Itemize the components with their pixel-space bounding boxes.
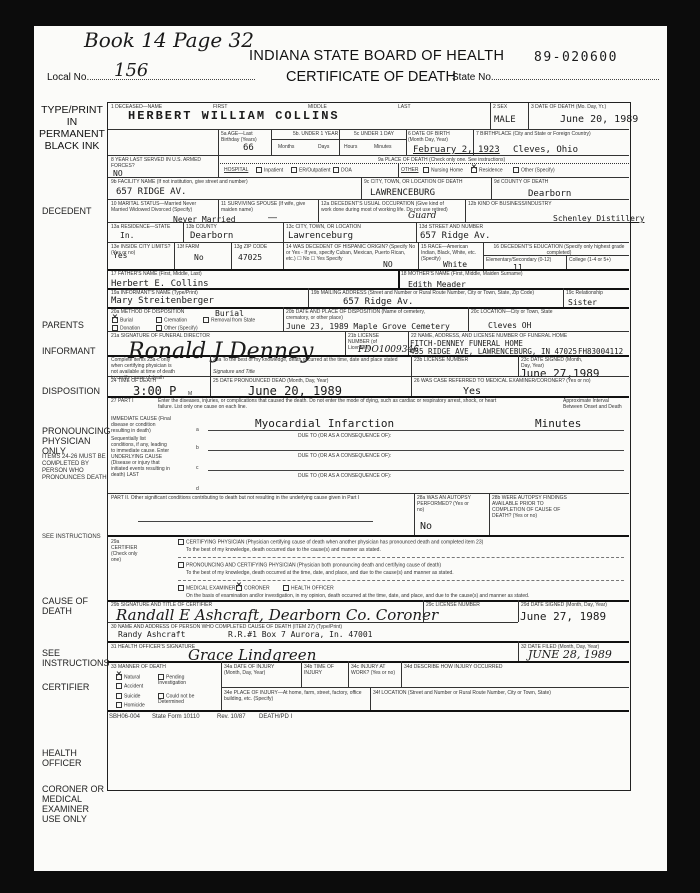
race-value: White bbox=[443, 260, 467, 269]
manner-option-pending[interactable]: Pending Investigation bbox=[158, 674, 203, 686]
state-no-label: State No. bbox=[452, 72, 494, 83]
residence-state-label: 13a RESIDENCE—STATE bbox=[111, 224, 170, 230]
checkbox-icon bbox=[513, 167, 519, 173]
pronouncing-section-label: PRONOUNCING PHYSICIAN ONLY bbox=[42, 426, 112, 456]
checkbox-icon bbox=[156, 317, 162, 323]
other-option-residence[interactable]: Residence bbox=[471, 167, 503, 173]
line-c-letter: c bbox=[196, 465, 199, 471]
line-a-letter: a bbox=[196, 427, 199, 433]
checkbox-icon bbox=[116, 683, 122, 689]
items-24-26-note: ITEMS 24-26 MUST BE COMPLETED BY PERSON … bbox=[42, 454, 108, 482]
footer-form-code: SBH06-004 bbox=[109, 714, 140, 721]
checkbox-checked-icon bbox=[236, 585, 242, 591]
days-label: Days bbox=[318, 144, 329, 150]
last-label: LAST bbox=[398, 104, 411, 110]
residence-street-value: 657 Ridge Av. bbox=[420, 231, 490, 241]
certificate-page: Book 14 Page 32 INDIANA STATE BOARD OF H… bbox=[34, 26, 667, 871]
certifier-option-health-officer[interactable]: HEALTH OFFICER bbox=[283, 585, 334, 591]
checkbox-icon bbox=[291, 167, 297, 173]
see-instructions-label-1: SEE INSTRUCTIONS bbox=[42, 534, 101, 541]
manner-option-suicide[interactable]: Suicide bbox=[116, 693, 140, 699]
city-of-death-label: 9c CITY, TOWN, OR LOCATION OF DEATH bbox=[364, 179, 462, 185]
informant-name-value: Mary Streitenberger bbox=[111, 296, 214, 306]
checkbox-icon bbox=[158, 693, 164, 699]
hospital-option-er[interactable]: ER/Outpatient bbox=[291, 167, 330, 173]
residence-state-value: In. bbox=[120, 231, 134, 240]
checkbox-checked-icon bbox=[112, 317, 118, 323]
decedent-section-label: DECEDENT bbox=[42, 206, 92, 216]
checkbox-icon bbox=[178, 539, 184, 545]
mother-name-label: 18 MOTHER'S NAME (First, Middle, Maiden … bbox=[401, 271, 523, 277]
business-label: 12b KIND OF BUSINESS/INDUSTRY bbox=[468, 201, 552, 207]
manner-option-homicide[interactable]: Homicide bbox=[116, 702, 145, 708]
relationship-value: Sister bbox=[568, 298, 597, 307]
date-filed-value: JUNE 28, 1989 bbox=[528, 648, 612, 661]
hospital-option-inpatient[interactable]: Inpatient bbox=[256, 167, 283, 173]
education-college-label: College (1-4 or 5+) bbox=[569, 257, 611, 263]
autopsy-performed-value: No bbox=[420, 521, 432, 532]
checkbox-checked-icon bbox=[471, 167, 477, 173]
dob-value: February 2, 1923 bbox=[413, 145, 500, 155]
surviving-spouse-value: — bbox=[268, 212, 277, 222]
certifier-option-pronouncing-physician[interactable]: PRONOUNCING AND CERTIFYING PHYSICIAN (Ph… bbox=[178, 562, 441, 568]
disposition-option-cremation[interactable]: Cremation bbox=[156, 317, 187, 323]
checkbox-checked-icon bbox=[116, 674, 122, 680]
manner-option-natural[interactable]: Natural bbox=[116, 674, 140, 680]
relationship-label: 19c Relationship bbox=[566, 290, 603, 296]
parents-section-label: PARENTS bbox=[42, 320, 84, 330]
facility-value: 657 RIDGE AV. bbox=[116, 187, 186, 197]
disposition-section-label: DISPOSITION bbox=[42, 386, 100, 396]
due-to-label-b: DUE TO (OR AS A CONSEQUENCE OF): bbox=[298, 453, 391, 459]
footer-code: DEATH/PD I bbox=[259, 714, 292, 721]
zip-label: 13g ZIP CODE bbox=[234, 244, 267, 250]
disposition-method-label: 20a METHOD OF DISPOSITION bbox=[111, 309, 184, 315]
father-name-label: 17 FATHER'S NAME (First, Middle, Last) bbox=[111, 271, 202, 277]
checkbox-icon bbox=[283, 585, 289, 591]
checkbox-icon bbox=[158, 674, 164, 680]
manner-of-death-label: 33 MANNER OF DEATH bbox=[111, 664, 166, 670]
sex-value: MALE bbox=[494, 115, 516, 125]
surviving-spouse-label: 11 SURVIVING SPOUSE (If wife, give maide… bbox=[221, 201, 311, 213]
see-instructions-label-2: SEE INSTRUCTIONS bbox=[42, 648, 102, 668]
line-b-letter: b bbox=[196, 445, 199, 451]
pronouncing-signature-label: Signature and Title bbox=[213, 369, 255, 375]
decedent-name-value: HERBERT WILLIAM COLLINS bbox=[128, 109, 340, 123]
checkbox-icon bbox=[116, 702, 122, 708]
certifier-option2-text: To the best of my knowledge, death occur… bbox=[186, 570, 454, 576]
local-no-value: 156 bbox=[114, 60, 148, 81]
under-1-year-label: 5b. UNDER 1 YEAR bbox=[293, 131, 338, 137]
part2-label: PART II. Other significant conditions co… bbox=[111, 495, 359, 501]
hours-label: Hours bbox=[344, 144, 357, 150]
months-label: Months bbox=[278, 144, 294, 150]
state-no-value: 89-020600 bbox=[534, 50, 618, 65]
other-option-other[interactable]: Other (Specify) bbox=[513, 167, 555, 173]
occupation-value: Guard bbox=[408, 211, 436, 221]
checkbox-icon bbox=[178, 562, 184, 568]
immediate-cause-label: IMMEDIATE CAUSE (Final disease or condit… bbox=[111, 416, 171, 434]
state-no-line bbox=[494, 79, 659, 80]
checkbox-icon bbox=[203, 317, 209, 323]
part1-instructions: Enter the diseases, injuries, or complic… bbox=[158, 398, 498, 410]
residence-county-label: 13b COUNTY bbox=[186, 224, 217, 230]
residence-city-value: Lawrenceburg bbox=[288, 231, 353, 241]
certifier-license-label: 29c LICENSE NUMBER bbox=[426, 602, 480, 608]
line-d-letter: d bbox=[196, 486, 199, 492]
certifier-date-label: 29d DATE SIGNED (Month, Day, Year) bbox=[521, 602, 607, 608]
checkbox-icon bbox=[178, 585, 184, 591]
farm-value: No bbox=[194, 253, 204, 262]
local-no-label: Local No. bbox=[47, 72, 89, 83]
health-officer-section-label: HEALTH OFFICER bbox=[42, 748, 92, 768]
dob-label: 6 DATE OF BIRTH (Month Day, Year) bbox=[408, 131, 466, 143]
autopsy-findings-label: 28b WERE AUTOPSY FINDINGS AVAILABLE PRIO… bbox=[492, 495, 577, 519]
manner-option-undetermined[interactable]: Could not be Determined bbox=[158, 693, 203, 705]
certifier-date-value: June 27, 1989 bbox=[520, 610, 606, 623]
pronouncing-license-label: 23b LICENSE NUMBER bbox=[414, 357, 468, 363]
cause-of-death-section-label: CAUSE OF DEATH bbox=[42, 596, 92, 616]
hispanic-origin-value: NO bbox=[383, 260, 393, 269]
certifier-section-label: CERTIFIER bbox=[42, 682, 89, 692]
informant-section-label: INFORMANT bbox=[42, 346, 96, 356]
informant-address-label: 19b MAILING ADDRESS (Street and Number o… bbox=[311, 290, 534, 296]
date-of-death-label: 3 DATE OF DEATH (Mo. Day, Yr.) bbox=[531, 104, 606, 110]
age-label: 5a AGE—Last Birthday (Years) bbox=[221, 131, 271, 143]
manner-option-accident[interactable]: Accident bbox=[116, 683, 143, 689]
date-of-death-value: June 20, 1989 bbox=[560, 114, 638, 125]
disposition-location-value: Cleves OH bbox=[488, 321, 531, 330]
disposition-location-label: 20c LOCATION—City or Town, State bbox=[471, 309, 553, 315]
city-of-death-value: LAWRENCEBURG bbox=[370, 188, 435, 198]
cause-line-a-interval: Minutes bbox=[535, 417, 581, 430]
minutes-label: Minutes bbox=[374, 144, 392, 150]
cause-line-a-value: Myocardial Infarction bbox=[255, 417, 394, 430]
referred-to-coroner-label: 26 WAS CASE REFERRED TO MEDICAL EXAMINER… bbox=[414, 378, 614, 384]
inside-city-value: Yes bbox=[113, 251, 127, 260]
part1-label: 27 PART I bbox=[111, 398, 134, 404]
footer-state-form: State Form 10110 bbox=[152, 714, 200, 721]
disposition-option-burial[interactable]: Burial bbox=[112, 317, 133, 323]
sequential-causes-label: Sequentially list conditions, if any, le… bbox=[111, 436, 171, 478]
certifier-option-certifying-physician[interactable]: CERTIFYING PHYSICIAN (Physician certifyi… bbox=[178, 539, 483, 545]
certifier-option-coroner[interactable]: CORONER bbox=[236, 585, 270, 591]
checkbox-icon bbox=[256, 167, 262, 173]
county-of-death-label: 9d COUNTY OF DEATH bbox=[494, 179, 548, 185]
birthplace-value: Cleves, Ohio bbox=[513, 145, 578, 155]
county-of-death-value: Dearborn bbox=[528, 189, 571, 199]
disposition-place-value: June 23, 1989 Maple Grove Cemetery bbox=[286, 322, 450, 331]
due-to-label-a: DUE TO (OR AS A CONSEQUENCE OF): bbox=[298, 433, 391, 439]
marital-status-label: 10 MARITAL STATUS—Married Never Married … bbox=[111, 201, 211, 213]
injury-time-label: 34b TIME OF INJURY bbox=[304, 664, 344, 676]
informant-address-value: 657 Ridge Av. bbox=[343, 297, 413, 307]
checkbox-icon bbox=[333, 167, 339, 173]
other-label: OTHER bbox=[401, 167, 419, 173]
injury-at-work-label: 34c INJURY AT WORK? (Yes or no) bbox=[351, 664, 401, 676]
autopsy-performed-label: 28a WAS AN AUTOPSY PERFORMED? (Yes or no… bbox=[417, 495, 477, 513]
completer-address: R.R.#1 Box 7 Aurora, In. 47001 bbox=[228, 630, 373, 639]
zip-value: 47025 bbox=[238, 253, 262, 262]
footer-rev: Rev. 10/87 bbox=[217, 714, 246, 721]
health-officer-signature-label: 31 HEALTH OFFICER'S SIGNATURE bbox=[111, 644, 195, 650]
under-1-day-label: 5c UNDER 1 DAY bbox=[354, 131, 394, 137]
hospital-option-doa[interactable]: DOA bbox=[333, 167, 352, 173]
hispanic-origin-label: 14 WAS DECEDENT OF HISPANIC ORIGIN? (Spe… bbox=[286, 244, 416, 262]
book-page-note: Book 14 Page 32 bbox=[84, 28, 254, 52]
interval-label: Approximate Interval Between Onset and D… bbox=[563, 398, 623, 410]
facility-label: 9b FACILITY NAME (If not institution, gi… bbox=[111, 179, 248, 185]
coroner-section-label: CORONER OR MEDICAL EXAMINER USE ONLY bbox=[42, 784, 108, 824]
hospital-label: HOSPITAL bbox=[224, 167, 248, 173]
residence-street-label: 13d STREET AND NUMBER bbox=[419, 224, 483, 230]
checkbox-icon bbox=[116, 693, 122, 699]
disposition-option-removal[interactable]: Removal from State bbox=[203, 317, 255, 323]
certifier-option3-text: On the basis of examination and/or inves… bbox=[186, 593, 529, 599]
injury-place-label: 34e PLACE OF INJURY—At home, farm, stree… bbox=[224, 690, 364, 702]
certificate-form: 1 DECEASED—NAME FIRST MIDDLE LAST HERBER… bbox=[107, 102, 631, 791]
pronouncing-knowledge-label: 23a To the best of my knowledge, death o… bbox=[213, 357, 397, 363]
residence-city-label: 13c CITY, TOWN, OR LOCATION bbox=[286, 224, 361, 230]
birthplace-label: 7 BIRTHPLACE (City and State or Foreign … bbox=[476, 131, 591, 137]
sex-label: 2 SEX bbox=[493, 104, 507, 110]
disposition-place-label: 20b DATE AND PLACE OF DISPOSITION (Name … bbox=[286, 309, 436, 321]
injury-location-label: 34f LOCATION (Street and Number or Rural… bbox=[373, 690, 551, 696]
age-value: 66 bbox=[243, 143, 254, 153]
armed-forces-label: 8 YEAR LAST SERVED IN U.S. ARMED FORCES? bbox=[111, 157, 211, 169]
certifier-option-medical-examiner[interactable]: MEDICAL EXAMINER bbox=[178, 585, 236, 591]
due-to-label-c: DUE TO (OR AS A CONSEQUENCE OF): bbox=[298, 473, 391, 479]
injury-describe-label: 34d DESCRIBE HOW INJURY OCCURRED bbox=[404, 664, 502, 670]
certifier-label: 29a CERTIFIER (Check only one) bbox=[111, 539, 146, 563]
residence-county-value: Dearborn bbox=[190, 231, 233, 241]
checkbox-icon bbox=[423, 167, 429, 173]
injury-date-label: 34a DATE OF INJURY (Month, Day, Year) bbox=[224, 664, 284, 676]
other-option-nursing-home[interactable]: Nursing Home bbox=[423, 167, 463, 173]
farm-label: 13f FARM bbox=[177, 244, 199, 250]
type-print-label: TYPE/PRINT IN PERMANENT BLACK INK bbox=[36, 104, 108, 152]
agency-title: INDIANA STATE BOARD OF HEALTH bbox=[249, 48, 504, 64]
certifier-option1-text: To the best of my knowledge, death occur… bbox=[186, 547, 381, 553]
certificate-title: CERTIFICATE OF DEATH bbox=[286, 69, 456, 85]
completer-name: Randy Ashcraft bbox=[118, 630, 185, 639]
